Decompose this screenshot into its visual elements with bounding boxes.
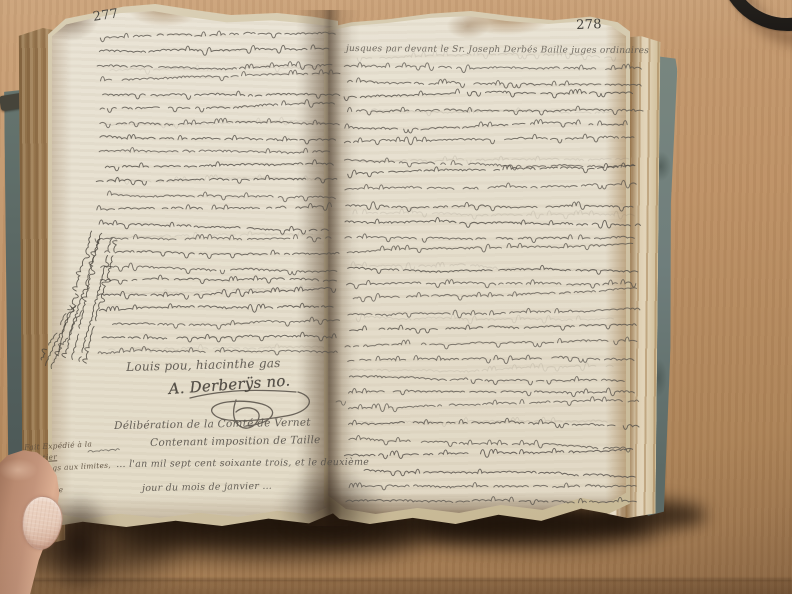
right-page-first-line: jusques par devant le Sr. Joseph Derbés … xyxy=(346,44,649,56)
manuscript-page-right xyxy=(328,16,626,518)
book-gutter-bottom-shadow xyxy=(276,468,386,548)
photograph-of-manuscript-book: 277 278 jusques par devant le Sr. Joseph… xyxy=(0,0,792,594)
date-line1: … l'an mil sept cent soixante trois, et … xyxy=(116,457,369,470)
table-edge-band xyxy=(0,580,792,594)
date-line2: jour du mois de janvier … xyxy=(142,481,272,494)
page-number-right: 278 xyxy=(576,17,602,33)
